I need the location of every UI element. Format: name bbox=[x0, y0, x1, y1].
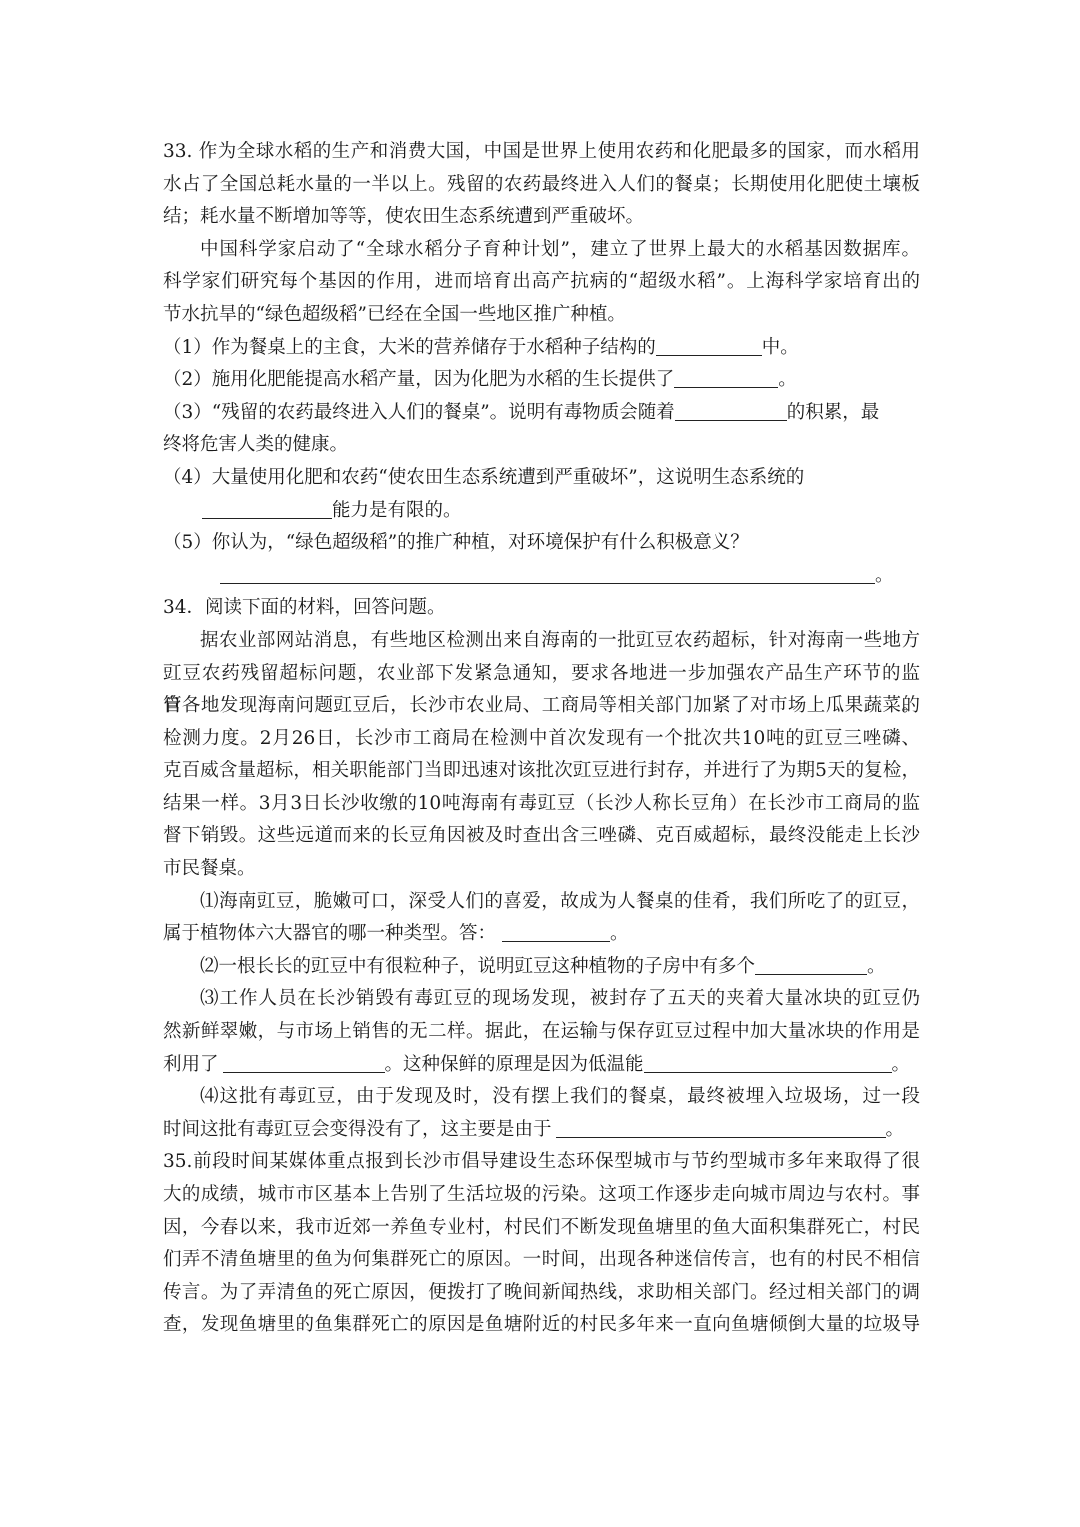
q35-line-3: 因，今春以来，我市近郊一养鱼专业村，村民们不断发现鱼塘里的鱼大面积集群死亡，村民 bbox=[163, 1212, 920, 1245]
q35-line-6: 查，发现鱼塘里的鱼集群死亡的原因是鱼塘附近的村民多年来一直向鱼塘倾倒大量的垃圾导 bbox=[163, 1309, 920, 1342]
q34-material-line-5: 克百威含量超标，相关职能部门当即迅速对该批次豇豆进行封存，并进行了为期5天的复检… bbox=[163, 755, 920, 788]
exam-page: 33. 作为全球水稻的生产和消费大国，中国是世界上使用农药和化肥最多的国家，而水… bbox=[163, 136, 920, 1342]
q34-sub4-cont: 时间这批有毒豇豆会变得没有了，这主要是由于。 bbox=[163, 1114, 920, 1147]
q35-line-2: 大的成绩，城市市区基本上告别了生活垃圾的污染。这项工作逐步走向城市周边与农村。事 bbox=[163, 1179, 920, 1212]
answer-blank-q33-1[interactable] bbox=[656, 336, 762, 356]
answer-blank-q34-4[interactable] bbox=[556, 1118, 886, 1138]
q34-material-line-6: 结果一样。3月3日长沙收缴的10吨海南有毒豇豆（长沙人称长豆角）在长沙市工商局的… bbox=[163, 788, 920, 821]
q33-sub1: （1）作为餐桌上的主食，大米的营养储存于水稻种子结构的中。 bbox=[163, 332, 920, 365]
q35-line-1: 35.前段时间某媒体重点报到长沙市倡导建设生态环保型城市与节约型城市多年来取得了… bbox=[163, 1146, 920, 1179]
q33-sub5-answer: 。 bbox=[163, 560, 920, 593]
answer-blank-q33-3[interactable] bbox=[675, 401, 787, 421]
q34-material-line-7: 督下销毁。这些远道而来的长豆角因被及时查出含三唑磷、克百威超标，最终没能走上长沙 bbox=[163, 820, 920, 853]
answer-blank-q33-4[interactable] bbox=[202, 499, 332, 519]
answer-blank-q34-2[interactable] bbox=[755, 955, 867, 975]
q34-sub3-line-3: 利用了。这种保鲜的原理是因为低温能。 bbox=[163, 1049, 920, 1082]
q34-sub3: ⑶工作人员在长沙销毁有毒豇豆的现场发现，被封存了五天的夹着大量冰块的豇豆仍 bbox=[163, 983, 920, 1016]
q33-line-1: 33. 作为全球水稻的生产和消费大国，中国是世界上使用农药和化肥最多的国家，而水… bbox=[163, 136, 920, 169]
answer-blank-q33-2[interactable] bbox=[674, 369, 778, 389]
q34-sub1-cont: 属于植物体六大器官的哪一种类型。答：。 bbox=[163, 918, 920, 951]
q34-sub1: ⑴海南豇豆，脆嫩可口，深受人们的喜爱，故成为人餐桌的佳肴，我们所吃了的豇豆， bbox=[163, 886, 920, 919]
q34-material-line-2: 豇豆农药残留超标问题，农业部下发紧急通知，要求各地进一步加强农产品生产环节的监管… bbox=[163, 658, 920, 691]
answer-blank-q34-3a[interactable] bbox=[223, 1053, 385, 1073]
q35-line-5: 传言。为了弄清鱼的死亡原因，便拨打了晚间新闻热线，求助相关部门。经过相关部门的调 bbox=[163, 1277, 920, 1310]
q34-sub4: ⑷这批有毒豇豆，由于发现及时，没有摆上我们的餐桌，最终被埋入垃圾场，过一段 bbox=[163, 1081, 920, 1114]
q34-material-line-3: 自各地发现海南问题豇豆后，长沙市农业局、工商局等相关部门加紧了对市场上瓜果蔬菜的 bbox=[163, 690, 920, 723]
q33-line-3: 结；耗水量不断增加等等，使农田生态系统遭到严重破坏。 bbox=[163, 201, 920, 234]
q33-sub4-cont: 能力是有限的。 bbox=[163, 495, 920, 528]
q34-sub3-line-2: 然新鲜翠嫩，与市场上销售的无二样。据此，在运输与保存豇豆过程中加大量冰块的作用是 bbox=[163, 1016, 920, 1049]
q33-sub2: （2）施用化肥能提高水稻产量，因为化肥为水稻的生长提供了。 bbox=[163, 364, 920, 397]
q34-sub2: ⑵一根长长的豇豆中有很粒种子，说明豇豆这种植物的子房中有多个。 bbox=[163, 951, 920, 984]
q33-sub3: （3）“残留的农药最终进入人们的餐桌”。说明有毒物质会随着的积累，最 bbox=[163, 397, 920, 430]
q33-sub5: （5）你认为，“绿色超级稻”的推广种植，对环境保护有什么积极意义？ bbox=[163, 527, 920, 560]
q33-para2-line-1: 中国科学家启动了“全球水稻分子育种计划”，建立了世界上最大的水稻基因数据库。 bbox=[163, 234, 920, 267]
q33-number: 33. bbox=[163, 141, 192, 162]
answer-blank-q34-1[interactable] bbox=[502, 923, 610, 943]
answer-blank-q34-3b[interactable] bbox=[644, 1053, 892, 1073]
q33-sub3-cont: 终将危害人类的健康。 bbox=[163, 429, 920, 462]
q34-material-line-4: 检测力度。2月26日，长沙市工商局在检测中首次发现有一个批次共10吨的豇豆三唑磷… bbox=[163, 723, 920, 756]
answer-blank-q33-5[interactable] bbox=[220, 564, 875, 584]
q33-sub4: （4）大量使用化肥和农药“使农田生态系统遭到严重破坏”，这说明生态系统的 bbox=[163, 462, 920, 495]
q34-heading: 34．阅读下面的材料，回答问题。 bbox=[163, 592, 920, 625]
q33-para2-line-2: 科学家们研究每个基因的作用，进而培育出高产抗病的“超级水稻”。上海科学家培育出的 bbox=[163, 266, 920, 299]
q34-material-line-1: 据农业部网站消息，有些地区检测出来自海南的一批豇豆农药超标，针对海南一些地方 bbox=[163, 625, 920, 658]
q33-para2-line-3: 节水抗旱的“绿色超级稻”已经在全国一些地区推广种植。 bbox=[163, 299, 920, 332]
q33-line-2: 水占了全国总耗水量的一半以上。残留的农药最终进入人们的餐桌；长期使用化肥使土壤板 bbox=[163, 169, 920, 202]
q34-material-line-8: 市民餐桌。 bbox=[163, 853, 920, 886]
q35-line-4: 们弄不清鱼塘里的鱼为何集群死亡的原因。一时间，出现各种迷信传言，也有的村民不相信 bbox=[163, 1244, 920, 1277]
